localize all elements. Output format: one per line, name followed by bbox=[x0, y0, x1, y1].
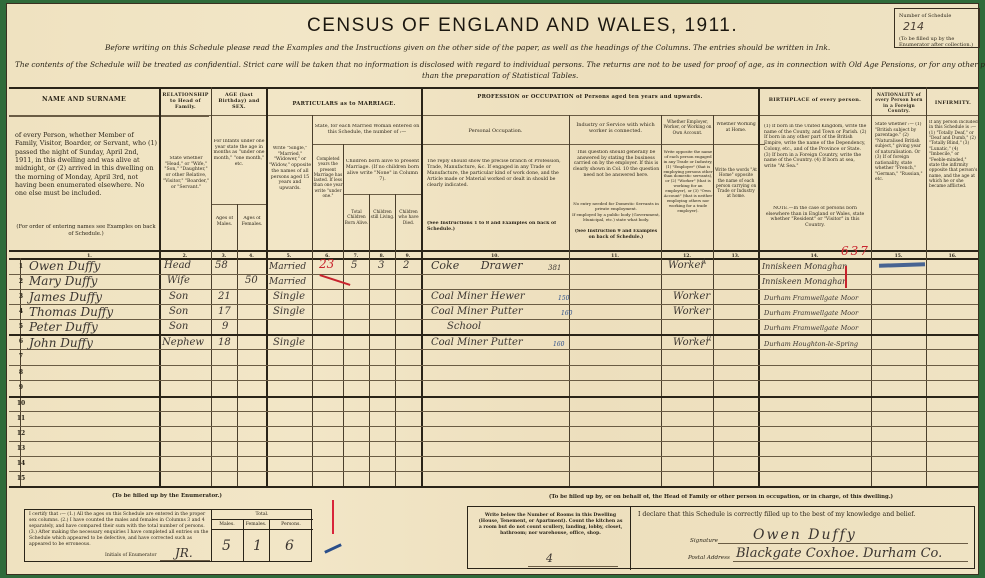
total-label: Total. bbox=[211, 512, 313, 518]
person-name: John Duffy bbox=[29, 337, 93, 349]
header-married-woman: State, for each Married Woman entered on… bbox=[313, 124, 421, 136]
person-name: Peter Duffy bbox=[29, 321, 98, 333]
colnum-top-rule bbox=[9, 250, 978, 252]
row-rule bbox=[9, 471, 978, 472]
rooms-instruction: Write below the Number of Rooms in this … bbox=[478, 513, 623, 537]
signature-underline bbox=[718, 543, 968, 544]
postal-address: Blackgate Coxhoe. Durham Co. bbox=[736, 546, 942, 561]
relationship: Wife bbox=[167, 275, 190, 287]
person-name: Thomas Duffy bbox=[29, 306, 113, 318]
row-number: 15 bbox=[16, 475, 26, 482]
header-infirmity-body: If any person included in this Schedule … bbox=[929, 120, 978, 190]
occupation: Coal Miner Hewer bbox=[431, 291, 525, 303]
occupation: School bbox=[447, 321, 481, 333]
colnum-9: 9. bbox=[395, 254, 421, 259]
employment-mark: 4 bbox=[702, 256, 706, 268]
marital-status: Married bbox=[269, 276, 306, 288]
header-industry-body: This question should generally be answer… bbox=[572, 150, 660, 179]
header-employer: Whether Employer, Worker, or Working on … bbox=[662, 119, 713, 135]
colnum-16: 16. bbox=[926, 254, 979, 259]
years-married: 23 bbox=[319, 258, 334, 270]
enumerator-heading: (To be filled up by the Enumerator.) bbox=[57, 493, 277, 500]
schedule-number-label: Number of Schedule bbox=[899, 13, 951, 19]
relationship: Head bbox=[164, 260, 191, 272]
header-name-body: of every Person, whether Member of Famil… bbox=[15, 131, 157, 198]
age-female: 50 bbox=[245, 275, 258, 287]
header-industry: Industry or Service with which worker is… bbox=[570, 122, 661, 135]
header-personal-occupation: Personal Occupation. bbox=[422, 128, 569, 134]
confidential-line: The contents of the Schedule will be tre… bbox=[15, 60, 985, 69]
initials-underline bbox=[160, 560, 210, 561]
row-number: 3 bbox=[16, 293, 26, 300]
enumerator-certify: I certify that :— (1.) All the ages on t… bbox=[29, 512, 209, 548]
row-number: 7 bbox=[16, 353, 26, 360]
total-persons: 6 bbox=[285, 538, 294, 554]
males-label: Males. bbox=[211, 522, 243, 528]
row-rule bbox=[9, 319, 978, 320]
row-number: 12 bbox=[16, 430, 26, 437]
header-age-females: Ages of Females. bbox=[238, 216, 266, 227]
birthplace: Durham Houghton-le-Spring bbox=[764, 338, 858, 350]
row-number: 8 bbox=[16, 369, 26, 376]
occupier-heading: (To be filled up by, or on behalf of, th… bbox=[467, 494, 975, 501]
occupation-code: 160 bbox=[553, 339, 564, 351]
header-age: AGE (last Birthday) and SEX. bbox=[212, 92, 266, 110]
header-personal-note: (See Instructions 1 to 8 and Examples on… bbox=[427, 221, 567, 233]
children-rule bbox=[343, 194, 421, 195]
colnum-13: 13. bbox=[713, 254, 758, 259]
age-male: 58 bbox=[215, 260, 228, 272]
total-rule bbox=[211, 519, 313, 520]
row-rule bbox=[9, 304, 978, 305]
person-name: James Duffy bbox=[29, 291, 102, 303]
address-label: Postal Address bbox=[688, 555, 730, 561]
header-at-home-body: Write the words "At Home" opposite the n… bbox=[715, 167, 757, 199]
address-underline bbox=[733, 561, 968, 562]
married-woman-rule bbox=[312, 144, 421, 145]
header-birthplace-note: NOTE.—In the case of persons born elsewh… bbox=[762, 206, 868, 229]
header-employer-body: Write opposite the name of each person e… bbox=[663, 150, 713, 213]
schedule-number-box: Number of Schedule 214 (To be filled up … bbox=[894, 8, 980, 48]
red-tick-mark bbox=[845, 266, 847, 288]
occupier-divider bbox=[630, 507, 631, 570]
relationship: Son bbox=[169, 306, 188, 318]
header-birthplace: BIRTHPLACE of every person. bbox=[759, 97, 871, 103]
children-living: 3 bbox=[378, 260, 384, 272]
row-rule bbox=[9, 456, 978, 457]
confidential-line-2: than the preparation of Statistical Tabl… bbox=[422, 71, 578, 80]
table-bottom-rule bbox=[9, 486, 978, 488]
total-males: 5 bbox=[222, 538, 231, 554]
totals-rule bbox=[211, 529, 313, 530]
signature: Owen Duffy bbox=[753, 527, 857, 543]
col-divider-12 bbox=[713, 115, 714, 486]
row-rule bbox=[9, 289, 978, 290]
person-name: Mary Duffy bbox=[29, 275, 97, 287]
row-number: 6 bbox=[16, 338, 26, 345]
row-rule bbox=[9, 274, 978, 275]
table-top-rule bbox=[9, 87, 978, 89]
colnum-3: 3. bbox=[211, 254, 237, 259]
employment-status: Worker bbox=[668, 260, 705, 272]
marital-status: Single bbox=[273, 291, 305, 303]
header-children-living: Children still Living. bbox=[370, 209, 395, 220]
col-divider-11 bbox=[661, 115, 662, 486]
header-nationality: NATIONALITY of every Person born in a Fo… bbox=[872, 92, 926, 113]
col-divider-7 bbox=[369, 194, 370, 486]
blue-check-mark bbox=[324, 543, 342, 553]
schedule-number-value: 214 bbox=[903, 20, 924, 33]
instruction-line: Before writing on this Schedule please r… bbox=[105, 43, 830, 52]
row-number: 1 bbox=[16, 263, 26, 270]
declaration: I declare that this Schedule is correctl… bbox=[638, 511, 915, 518]
relationship: Son bbox=[169, 321, 188, 333]
occupation-code: 381 bbox=[548, 262, 561, 274]
nationality-struck-out bbox=[879, 262, 925, 268]
header-birthplace-body: (1) If born in the United Kingdom, write… bbox=[764, 124, 868, 170]
occupation: Coal Miner Putter bbox=[431, 306, 523, 318]
marital-status: Married bbox=[269, 261, 306, 273]
col-divider-8 bbox=[395, 194, 396, 486]
header-personal-body: The reply should show the precise branch… bbox=[427, 159, 567, 188]
children-total: 5 bbox=[351, 260, 357, 272]
row-rule bbox=[9, 396, 978, 398]
colnum-15: 15. bbox=[871, 254, 926, 259]
marital-status: Single bbox=[273, 337, 305, 349]
header-profession: PROFESSION or OCCUPATION of Persons aged… bbox=[422, 94, 758, 101]
employment-status: Worker bbox=[673, 337, 710, 349]
occupation-code: 160 bbox=[561, 308, 572, 320]
header-children: Children born alive to present Marriage.… bbox=[344, 159, 421, 183]
header-marriage: PARTICULARS as to MARRIAGE. bbox=[267, 101, 421, 108]
col-divider-3 bbox=[237, 204, 238, 486]
header-industry-note3: (See Instruction 9 and Examples on back … bbox=[572, 229, 660, 240]
enumerator-initials: JR. bbox=[175, 546, 193, 560]
age-male: 21 bbox=[218, 291, 231, 303]
marital-status: Single bbox=[273, 306, 305, 318]
colnum-2: 2. bbox=[159, 254, 211, 259]
children-died: 2 bbox=[403, 260, 409, 272]
birthplace: Inniskeen Monaghan bbox=[762, 276, 847, 288]
birthplace: Durham Framwellgate Moor bbox=[764, 307, 858, 319]
header-name: NAME AND SURNAME bbox=[9, 96, 159, 104]
relationship: Son bbox=[169, 291, 188, 303]
person-name: Owen Duffy bbox=[29, 260, 100, 272]
employment-status: Worker bbox=[673, 291, 710, 303]
header-children-total: Total Children Born Alive. bbox=[344, 209, 369, 225]
age-male: 9 bbox=[222, 321, 228, 333]
header-industry-note1: No entry needed for Domestic Servants in… bbox=[572, 201, 660, 211]
occupation-code: 150 bbox=[558, 293, 569, 305]
birthplace: Inniskeen Monaghan bbox=[762, 261, 847, 273]
row-number: 2 bbox=[16, 278, 26, 285]
colnum-4: 4. bbox=[237, 254, 266, 259]
employment-mark: 0 bbox=[707, 333, 711, 345]
colnum-5: 5. bbox=[266, 254, 312, 259]
birthplace: Durham Framwellgate Moor bbox=[764, 322, 858, 334]
colnum-11: 11. bbox=[569, 254, 661, 259]
row-number: 4 bbox=[16, 308, 26, 315]
header-nationality-body: State whether :— (1) "British subject by… bbox=[875, 122, 925, 183]
row-number: 11 bbox=[16, 415, 26, 422]
row-rule bbox=[9, 441, 978, 442]
occupation: Coke Drawer bbox=[431, 260, 523, 272]
header-age-males: Ages of Males. bbox=[212, 216, 237, 227]
header-age-body: For Infants under one year state the age… bbox=[213, 139, 265, 168]
colnum-8: 8. bbox=[369, 254, 395, 259]
relationship: Nephew bbox=[162, 337, 204, 349]
header-at-home: Whether Working at Home. bbox=[714, 122, 758, 133]
header-infirmity: INFIRMITY. bbox=[927, 100, 979, 106]
persons-label: Persons. bbox=[269, 522, 313, 528]
header-relationship: RELATIONSHIP to Head of Family. bbox=[160, 92, 211, 110]
occupation: Coal Miner Putter bbox=[431, 337, 523, 349]
census-schedule: CENSUS OF ENGLAND AND WALES, 1911. Befor… bbox=[6, 3, 979, 575]
signature-label: Signature bbox=[690, 538, 718, 544]
employment-status: Worker bbox=[673, 306, 710, 318]
years-married-struck-out bbox=[320, 274, 351, 285]
header-industry-note2: If employed by a public body (Government… bbox=[572, 212, 660, 222]
row-number: 10 bbox=[16, 400, 26, 407]
header-name-note: (For order of entering names see Example… bbox=[15, 224, 157, 237]
row-rule bbox=[9, 334, 978, 336]
row-rule bbox=[9, 365, 978, 366]
header-years-married: Completed years the present Marriage has… bbox=[313, 156, 343, 198]
row-number: 13 bbox=[16, 445, 26, 452]
age-male: 18 bbox=[218, 337, 231, 349]
females-label: Females. bbox=[243, 522, 269, 528]
age-sex-rule bbox=[211, 204, 266, 205]
rooms-underline bbox=[528, 566, 618, 567]
row-number: 5 bbox=[16, 323, 26, 330]
age-male: 17 bbox=[218, 306, 231, 318]
header-relationship-body: State whether "Head," or "Wife," "Son," … bbox=[162, 156, 210, 190]
row-number: 9 bbox=[16, 384, 26, 391]
header-marriage-status: Write "Single," "Married," "Widower," or… bbox=[268, 146, 312, 192]
birthplace-code: 637 bbox=[841, 245, 870, 257]
form-title: CENSUS OF ENGLAND AND WALES, 1911. bbox=[307, 15, 738, 37]
rooms-count: 4 bbox=[546, 552, 553, 565]
total-females: 1 bbox=[253, 538, 262, 554]
enumerator-initials-label: Initials of Enumerator bbox=[105, 553, 157, 559]
name-rule bbox=[9, 116, 209, 117]
colnum-7: 7. bbox=[343, 254, 369, 259]
row-number: 14 bbox=[16, 460, 26, 467]
schedule-number-note: (To be filled up by the Enumerator after… bbox=[899, 36, 975, 49]
red-check-mark bbox=[332, 500, 334, 534]
totals-col-divider bbox=[269, 519, 270, 562]
row-rule bbox=[9, 426, 978, 427]
header-children-died: Children who have Died. bbox=[396, 209, 421, 225]
occupier-box: Write below the Number of Rooms in this … bbox=[467, 506, 975, 569]
enumerator-box: I certify that :— (1.) All the ages on t… bbox=[24, 509, 312, 562]
row-rule bbox=[9, 411, 978, 412]
totals-col-divider bbox=[243, 519, 244, 562]
col-divider-6 bbox=[343, 144, 344, 486]
birthplace: Durham Framwellgate Moor bbox=[764, 292, 858, 304]
row-rule bbox=[9, 380, 978, 381]
